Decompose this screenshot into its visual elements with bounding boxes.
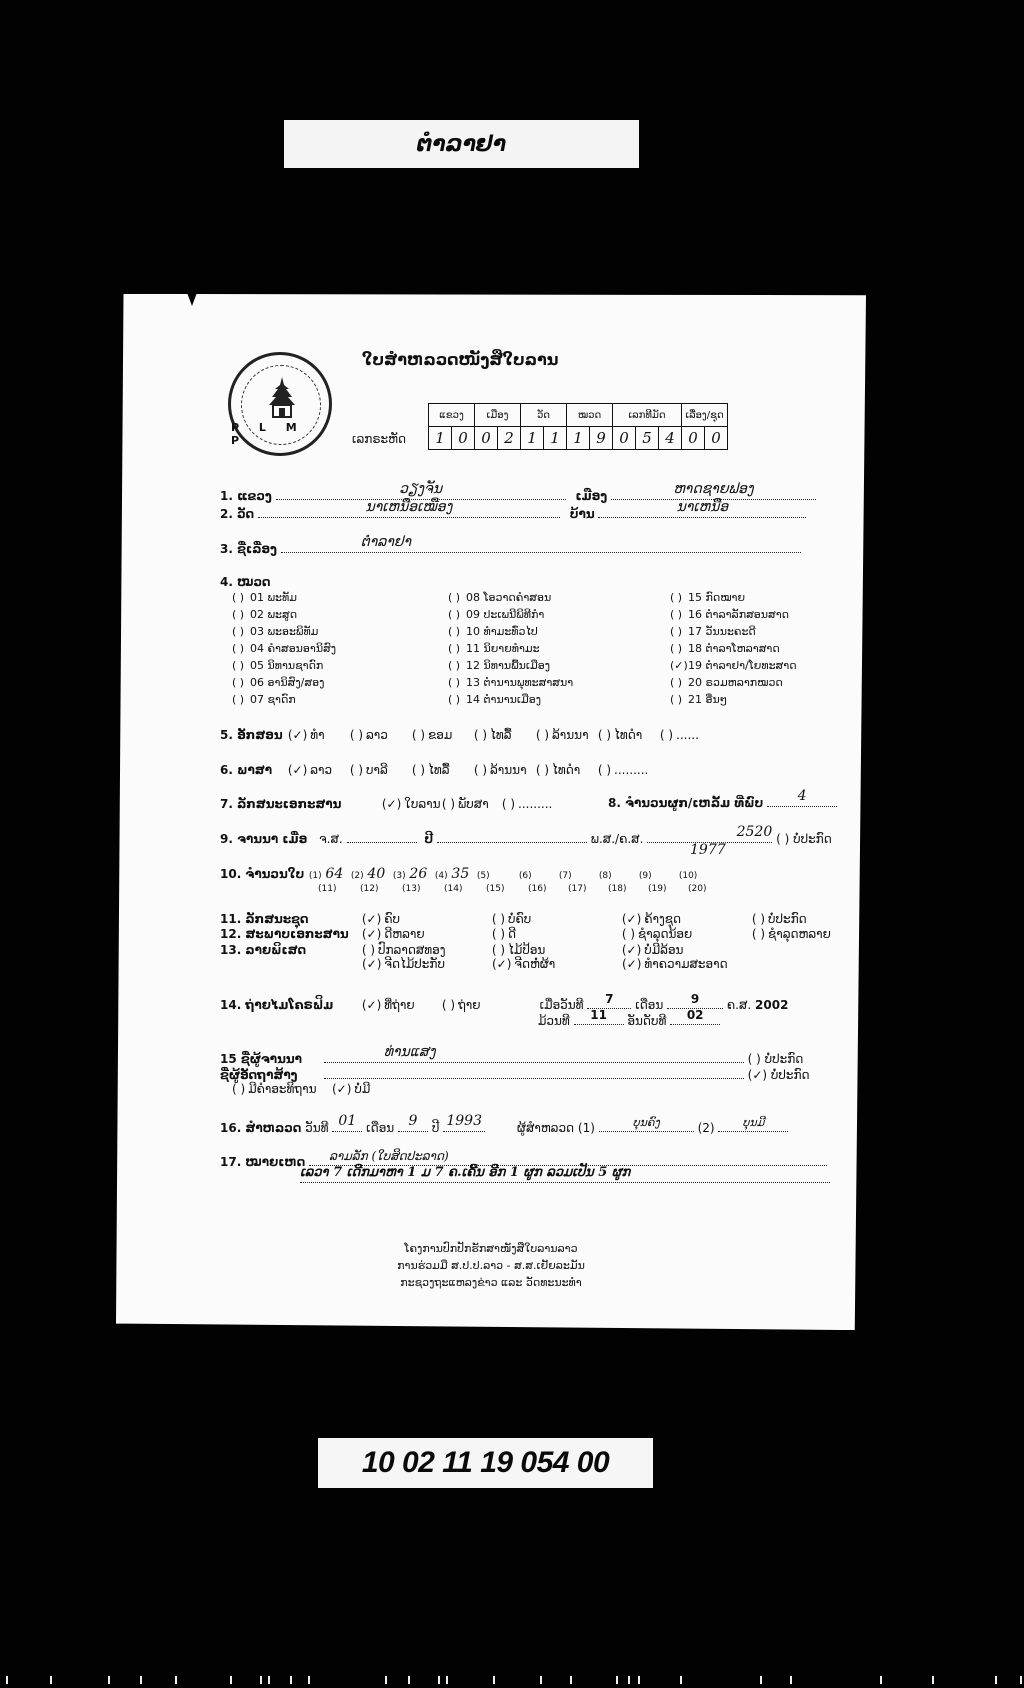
option-label: ໃບລານ — [404, 797, 440, 811]
option-label: ລາວ — [310, 763, 332, 777]
option-label: 17 ວັນນະຄະດີ — [688, 625, 756, 638]
checkbox[interactable]: ( ) — [362, 943, 375, 957]
option[interactable]: ( )ລາວ — [350, 728, 412, 742]
option[interactable]: ( )......... — [598, 763, 660, 777]
code-label: ເລກຣະຫັດ — [352, 432, 406, 446]
checkbox[interactable]: ( ) — [752, 912, 765, 926]
title-value: ຕຳລາຢາ — [281, 534, 801, 550]
field-scribe: 15 ຊື່ຜູ້ຈານນາ ທ່ານແສງ ( ) ບໍ່ປະກົດ — [220, 1050, 803, 1066]
code-digit: 0 — [613, 427, 636, 450]
category-option[interactable]: ( )10 ທຳມະທົ່ວໄປ — [448, 623, 573, 640]
field-bundles: 8. ຈຳນວນຜູກ/ເຫລັ້ມ ທີ່ພົບ 4 — [608, 794, 837, 810]
leaf-count-index: (16) — [528, 884, 568, 894]
code-digit: 1 — [567, 427, 590, 450]
option[interactable]: ( )ໄທດຳ — [536, 763, 598, 777]
category-option[interactable]: ( )18 ຕຳລາໂຫລາສາດ — [670, 640, 797, 657]
checkbox[interactable]: (✓) — [332, 1082, 351, 1096]
option[interactable]: ( )ດີ — [492, 927, 622, 941]
leaf-count-cell: (7) — [559, 866, 599, 882]
checkbox[interactable]: (✓) — [622, 943, 641, 957]
checkbox[interactable]: (✓) — [362, 927, 381, 941]
field-material: 7. ລັກສນະເອກະສານ (✓)ໃບລານ( )ພັບສາ( )....… — [220, 797, 562, 811]
field-language: 6. ພາສາ (✓)ລາວ( )ບາລີ( )ໄທລື້( )ລ້ານນາ( … — [220, 763, 660, 777]
checkbox[interactable]: ( ) — [670, 640, 688, 657]
field-written: 9. ຈານນາ ເມື່ອ ຈ.ສ. ປີ ພ.ສ./ຄ.ສ. 2520 ( … — [220, 830, 832, 846]
option-label: ລ້ານນາ — [552, 728, 589, 742]
field-completeness: 11. ລັກສນະຊຸດ (✓)ຄົບ( )ບໍ່ຄົບ(✓)ຄ້າງຊຸດ(… — [220, 912, 882, 926]
option[interactable]: ( )ໄທລື້ — [474, 728, 536, 742]
option[interactable]: ( )ໄທດຳ — [598, 728, 660, 742]
option-label: ຖ່າຍ — [458, 998, 480, 1012]
code-digit: 2 — [498, 427, 521, 450]
field-survey: 16. ສຳຫລວດ ວັນທີ 01 ເດືອນ 9 ປີ 1993 ຜູ້ສ… — [220, 1119, 788, 1135]
code-header: ເລື່ອງ/ຊຸດ — [682, 404, 728, 427]
option[interactable]: ( )ລ້ານນາ — [536, 728, 598, 742]
province-value: ວຽງຈັນ — [276, 481, 566, 497]
leaf-count-cell: (3) 26 — [393, 866, 435, 882]
option-label: ຊຳລຸດນ້ອຍ — [638, 927, 692, 941]
option[interactable]: ( )ບໍ່ຄົບ — [492, 912, 622, 926]
microfilm-code-label: 10 02 11 19 054 00 — [318, 1438, 653, 1488]
category-option[interactable]: ( )06 ອານິສົງ/ສອງ — [232, 674, 336, 691]
category-option[interactable]: ( )07 ຊາດົກ — [232, 691, 336, 708]
code-digit: 0 — [705, 427, 728, 450]
category-option[interactable]: ( )12 ນິທານພື້ນເມືອງ — [448, 657, 573, 674]
category-option[interactable]: ( )01 ພະທັມ — [232, 589, 336, 606]
option[interactable]: (✓)ຈີດໄມ້ປະກັບ — [362, 957, 492, 971]
checkbox[interactable]: ( ) — [232, 1082, 245, 1096]
checkbox[interactable]: ( ) — [232, 589, 250, 606]
option[interactable]: (✓)ທຳ — [288, 728, 350, 742]
option-label: 05 ນິທານຊາດົກ — [250, 659, 323, 672]
leaf-count-cell: (4) 35 — [435, 866, 477, 882]
category-option[interactable]: ( )15 ກົດໝາຍ — [670, 589, 797, 606]
form-footer: ໂຄງການປົກປັກຮັກສາໜັງສືໃບລານລາວ ການຮ່ວມມື… — [116, 1240, 866, 1291]
prayer-options: ( )ມີຄຳອະທິຖານ(✓)ບໍ່ມີ — [232, 1082, 432, 1096]
option[interactable]: ( )ຊຳລຸດນ້ອຍ — [622, 927, 752, 941]
checkbox[interactable]: (✓) — [382, 797, 401, 811]
option[interactable]: ( )ຊຳລຸດຫລາຍ — [752, 927, 882, 941]
checkbox[interactable]: ( ) — [502, 797, 515, 811]
option-label: ດີຫລາຍ — [384, 927, 424, 941]
checkbox[interactable]: (✓) — [362, 998, 381, 1012]
checkbox[interactable]: ( ) — [350, 763, 363, 777]
category-option[interactable]: (✓)19 ຕຳລາຢາ/ໂຍທະສາດ — [670, 657, 797, 674]
temple-seal-icon — [267, 377, 297, 419]
option[interactable]: ( )......... — [502, 797, 562, 811]
option[interactable]: (✓)ລາວ — [288, 763, 350, 777]
option[interactable]: ( )ບາລີ — [350, 763, 412, 777]
category-option[interactable]: ( )13 ຕຳນານພຸທະສາສນາ — [448, 674, 573, 691]
option-label: 20 ຣວມຫລາກໝວດ — [688, 676, 783, 689]
checkbox[interactable]: ( ) — [448, 691, 466, 708]
category-option[interactable]: ( )05 ນິທານຊາດົກ — [232, 657, 336, 674]
option-label: ຄົບ — [384, 912, 400, 926]
material-options: (✓)ໃບລານ( )ພັບສາ( )......... — [382, 797, 562, 811]
checkbox[interactable]: ( ) — [412, 728, 425, 742]
code-digit: 5 — [636, 427, 659, 450]
language-options: (✓)ລາວ( )ບາລີ( )ໄທລື້( )ລ້ານນາ( )ໄທດຳ( )… — [288, 763, 660, 777]
option-label: 08 ໂອວາດຄຳສອນ — [466, 591, 551, 604]
option-label: ຄ້າງຊຸດ — [644, 912, 681, 926]
option[interactable]: (✓)ດີຫລາຍ — [362, 927, 492, 941]
category-option[interactable]: ( )16 ຕຳລາລັກສອນສາດ — [670, 606, 797, 623]
field-condition: 12. ສະພາບເອກະສານ (✓)ດີຫລາຍ( )ດີ( )ຊຳລຸດນ… — [220, 927, 882, 941]
checkbox[interactable]: ( ) — [232, 657, 250, 674]
checkbox[interactable]: ( ) — [752, 927, 765, 941]
option-label: ທຳຄວາມສະອາດ — [644, 957, 727, 971]
category-option[interactable]: ( )11 ນິຍາຍທຳມະ — [448, 640, 573, 657]
option[interactable]: (✓)ບໍ່ມີລ້ອນ — [622, 943, 752, 957]
option-label: 15 ກົດໝາຍ — [688, 591, 745, 604]
checkbox[interactable]: (✓) — [492, 957, 511, 971]
leaf-count-cell: (5) — [477, 866, 519, 882]
script-options: (✓)ທຳ( )ລາວ( )ຂອມ( )ໄທລື້( )ລ້ານນາ( )ໄທດ… — [288, 728, 722, 742]
category-option[interactable]: ( )02 ພະສູດ — [232, 606, 336, 623]
option-label: ໄທລື້ — [490, 728, 512, 742]
option-label: 10 ທຳມະທົ່ວໄປ — [466, 625, 538, 638]
checkbox[interactable]: (✓) — [622, 957, 641, 971]
code-digit: 1 — [544, 427, 567, 450]
category-column: ( )15 ກົດໝາຍ( )16 ຕຳລາລັກສອນສາດ( )17 ວັນ… — [670, 589, 797, 708]
checkbox[interactable]: ( ) — [670, 674, 688, 691]
checkbox[interactable]: ( ) — [448, 640, 466, 657]
option-label: ບາລີ — [366, 763, 388, 777]
checkbox[interactable]: ( ) — [492, 912, 505, 926]
option-label: ທີ່ຖ່າຍ — [384, 998, 414, 1012]
code-table: ແຂວງ ເມືອງ ວັດ ໝວດ ເລກທີມັດ ເລື່ອງ/ຊຸດ 1… — [428, 403, 728, 450]
leaf-count-index: (18) — [608, 884, 648, 894]
field-temple: 2. ວັດ ນາເຫນືອເໝືອງ ບ້ານ ນາເຫນືອ — [220, 505, 806, 521]
checkbox[interactable]: (✓) — [622, 912, 641, 926]
header-label: ຕຳລາຢາ — [284, 120, 639, 168]
checkbox[interactable]: (✓) — [670, 657, 688, 674]
checkbox[interactable]: ( ) — [448, 589, 466, 606]
bundles-value: 4 — [767, 788, 837, 804]
checkbox[interactable]: ( ) — [448, 657, 466, 674]
checkbox[interactable]: (✓) — [362, 912, 381, 926]
option[interactable]: ( )ພັບສາ — [442, 797, 502, 811]
option-label: ຊຳລຸດຫລາຍ — [768, 927, 831, 941]
checkbox[interactable]: ( ) — [622, 927, 635, 941]
leaf-count-index: (12) — [360, 884, 402, 894]
be-year-value: 2520 — [647, 824, 772, 840]
checkbox[interactable]: ( ) — [492, 927, 505, 941]
option-label: ໄທລື້ — [428, 763, 450, 777]
checkbox[interactable]: ( ) — [670, 623, 688, 640]
checkbox[interactable]: ( ) — [350, 728, 363, 742]
option-label: 06 ອານິສົງ/ສອງ — [250, 676, 324, 689]
option[interactable]: ( )ລ້ານນາ — [474, 763, 536, 777]
option-label: ......... — [518, 797, 552, 811]
category-column: ( )08 ໂອວາດຄຳສອນ( )09 ປະເພນີພິທີກຳ( )10 … — [448, 589, 573, 708]
option-label: ໄທດຳ — [552, 763, 580, 777]
checkbox[interactable]: ( ) — [448, 623, 466, 640]
option[interactable]: (✓)ຈີດຫໍ່ຜ້າ — [492, 957, 622, 971]
field-leaves: 10. ຈຳນວນໃບ (1) 64(2) 40(3) 26(4) 35(5) … — [220, 866, 719, 882]
leaf-count-index: (15) — [486, 884, 528, 894]
film-edge-specks — [0, 1676, 1024, 1686]
option-label: ດີ — [508, 927, 516, 941]
checkbox[interactable]: ( ) — [492, 943, 505, 957]
option-label: ລາວ — [366, 728, 388, 742]
code-header: ໝວດ — [567, 404, 613, 427]
option[interactable]: ( )ໄມ້ປ້ອນ — [492, 943, 622, 957]
option-label: 12 ນິທານພື້ນເມືອງ — [466, 659, 550, 672]
category-option[interactable]: ( )21 ອື່ນໆ — [670, 691, 797, 708]
option[interactable]: (✓)ທີ່ຖ່າຍ — [362, 998, 442, 1012]
code-digit: 1 — [429, 427, 452, 450]
option[interactable]: ( )ໄທລື້ — [412, 763, 474, 777]
option[interactable]: (✓)ຄົບ — [362, 912, 492, 926]
checkbox[interactable]: ( ) — [232, 674, 250, 691]
option-label: ທຳ — [310, 728, 324, 742]
option-label: 13 ຕຳນານພຸທະສາສນາ — [466, 676, 573, 689]
leaf-count-cell: (6) — [519, 866, 559, 882]
option-label: ມີຄຳອະທິຖານ — [248, 1082, 316, 1096]
option[interactable]: ( )ມີຄຳອະທິຖານ — [232, 1082, 332, 1096]
field-decoration: 13. ລາຍພິເສດ ( )ປົກລາດສທອງ( )ໄມ້ປ້ອນ(✓)ບ… — [220, 943, 752, 971]
code-header: ແຂວງ — [429, 404, 475, 427]
category-option[interactable]: ( )08 ໂອວາດຄຳສອນ — [448, 589, 573, 606]
option-label: ພັບສາ — [458, 797, 489, 811]
leaf-count-cell: (8) — [599, 866, 639, 882]
option[interactable]: (✓)ຄ້າງຊຸດ — [622, 912, 752, 926]
option-label: ບໍ່ມີລ້ອນ — [644, 943, 683, 957]
option[interactable]: (✓)ໃບລານ — [382, 797, 442, 811]
checkbox[interactable]: ( ) — [448, 674, 466, 691]
checkbox[interactable]: (✓) — [288, 763, 307, 777]
option[interactable]: ( )ຖ່າຍ — [442, 998, 522, 1012]
leaf-count-cell: (1) 64 — [309, 866, 351, 882]
category-label: 4. ໝວດ — [220, 575, 270, 589]
leaf-count-cell: (9) — [639, 866, 679, 882]
temple-value: ນາເຫນືອເໝືອງ — [258, 499, 560, 515]
option-label: ຂອມ — [428, 728, 452, 742]
code-header: ເມືອງ — [475, 404, 521, 427]
village-value: ນາເຫນືອ — [598, 499, 806, 515]
option-label: ປົກລາດສທອງ — [378, 943, 446, 957]
checkbox[interactable]: ( ) — [670, 691, 688, 708]
option-label: 09 ປະເພນີພິທີກຳ — [466, 608, 544, 621]
checkbox[interactable]: ( ) — [448, 606, 466, 623]
district-value: ຫາດຊາຍຟອງ — [611, 481, 816, 497]
leaf-count-index: (14) — [444, 884, 486, 894]
option-label: ໄມ້ປ້ອນ — [508, 943, 545, 957]
checkbox[interactable]: ( ) — [474, 728, 487, 742]
category-option[interactable]: ( )14 ຕຳນານເມືອງ — [448, 691, 573, 708]
option-label: 19 ຕຳລາຢາ/ໂຍທະສາດ — [688, 659, 797, 672]
option-label: 03 ພະອະພິທັມ — [250, 625, 318, 638]
option-label: 02 ພະສູດ — [250, 608, 297, 621]
scribe-value: ທ່ານແສງ — [324, 1044, 744, 1060]
checkbox[interactable]: (✓) — [362, 957, 381, 971]
option-label: 18 ຕຳລາໂຫລາສາດ — [688, 642, 780, 655]
leaf-count-cell: (2) 40 — [351, 866, 393, 882]
option-label: ບໍ່ຄົບ — [508, 912, 531, 926]
code-digit: 9 — [590, 427, 613, 450]
option-label: 21 ອື່ນໆ — [688, 693, 727, 706]
code-digit: 0 — [452, 427, 475, 450]
form-title: ໃບສຳຫລວດໜັງສືໃບລານ — [362, 350, 558, 369]
checkbox[interactable]: ( ) — [412, 763, 425, 777]
option-label: 16 ຕຳລາລັກສອນສາດ — [688, 608, 789, 621]
checkbox[interactable]: ( ) — [232, 623, 250, 640]
code-digit: 0 — [475, 427, 498, 450]
option-label: 01 ພະທັມ — [250, 591, 297, 604]
leaves-row2: (11)(12)(13)(14)(15)(16)(17)(18)(19)(20) — [318, 884, 728, 894]
leaf-count-index: (17) — [568, 884, 608, 894]
leaf-count-index: (19) — [648, 884, 688, 894]
option-label: ບໍ່ປະກົດ — [768, 912, 807, 926]
code-header: ວັດ — [521, 404, 567, 427]
field-roll: ມ້ວນທີ 11 ອັນດັບທີ 02 — [538, 1012, 720, 1028]
checkbox[interactable]: ( ) — [232, 606, 250, 623]
code-digit: 1 — [521, 427, 544, 450]
option-label: ...... — [676, 728, 699, 742]
option[interactable]: ( )ຂອມ — [412, 728, 474, 742]
leaf-count-index: (11) — [318, 884, 360, 894]
leaf-count-cell: (10) — [679, 866, 719, 882]
category-option[interactable]: ( )09 ປະເພນີພິທີກຳ — [448, 606, 573, 623]
category-option[interactable]: ( )04 ຄຳສອນອານິສົງ — [232, 640, 336, 657]
checkbox[interactable]: ( ) — [232, 640, 250, 657]
checkbox[interactable]: ( ) — [232, 691, 250, 708]
category-option[interactable]: ( )03 ພະອະພິທັມ — [232, 623, 336, 640]
option[interactable]: ( )ບໍ່ປະກົດ — [752, 912, 882, 926]
checkbox[interactable]: (✓) — [288, 728, 307, 742]
option[interactable]: (✓)ທຳຄວາມສະອາດ — [622, 957, 752, 971]
checkbox[interactable]: ( ) — [598, 763, 611, 777]
checkbox[interactable]: ( ) — [442, 998, 455, 1012]
option-label: ໄທດຳ — [614, 728, 642, 742]
category-option[interactable]: ( )17 ວັນນະຄະດີ — [670, 623, 797, 640]
category-column: ( )01 ພະທັມ( )02 ພະສູດ( )03 ພະອະພິທັມ( )… — [232, 589, 336, 708]
field-sponsor: ຊື່ຜູ້ອັດຖາສ້າງ (✓) ບໍ່ປະກົດ — [220, 1066, 810, 1082]
checkbox[interactable]: ( ) — [536, 728, 549, 742]
code-digit: 4 — [659, 427, 682, 450]
leaf-count-index: (13) — [402, 884, 444, 894]
option-label: ບໍ່ມີ — [354, 1082, 370, 1096]
checkbox[interactable]: ( ) — [670, 606, 688, 623]
checkbox[interactable]: ( ) — [474, 763, 487, 777]
code-digit: 0 — [682, 427, 705, 450]
option-label: 11 ນິຍາຍທຳມະ — [466, 642, 540, 655]
checkbox[interactable]: ( ) — [536, 763, 549, 777]
option-label: ......... — [614, 763, 648, 777]
code-header: ເລກທີມັດ — [613, 404, 682, 427]
option[interactable]: ( )ປົກລາດສທອງ — [362, 943, 492, 957]
checkbox[interactable]: ( ) — [660, 728, 673, 742]
field-script: 5. ອັກສອນ (✓)ທຳ( )ລາວ( )ຂອມ( )ໄທລື້( )ລ້… — [220, 728, 722, 742]
option-label: ຈີດຫໍ່ຜ້າ — [514, 957, 555, 971]
option-label: ຈີດໄມ້ປະກັບ — [384, 957, 445, 971]
plmp-seal: P L M P — [228, 352, 332, 456]
option[interactable]: ( )...... — [660, 728, 722, 742]
option-label: ລ້ານນາ — [490, 763, 527, 777]
option-label: 14 ຕຳນານເມືອງ — [466, 693, 541, 706]
checkbox[interactable]: ( ) — [598, 728, 611, 742]
option-label: 04 ຄຳສອນອານິສົງ — [250, 642, 336, 655]
option-label: 07 ຊາດົກ — [250, 693, 296, 706]
category-option[interactable]: ( )20 ຣວມຫລາກໝວດ — [670, 674, 797, 691]
leaf-count-index: (20) — [688, 884, 728, 894]
field-notes-line2: ເລວາ 7 ເດີກມາຫາ 1 ມ 7 ຄ.ເຄີ້ນ ອີກ 1 ຜູກ … — [300, 1170, 830, 1186]
checkbox[interactable]: ( ) — [442, 797, 455, 811]
ce-year-value: 1977 — [690, 842, 726, 858]
punch-notch — [186, 290, 198, 306]
option[interactable]: (✓)ບໍ່ມີ — [332, 1082, 432, 1096]
field-title: 3. ຊື່ເລື່ອງ ຕຳລາຢາ — [220, 540, 801, 556]
checkbox[interactable]: ( ) — [670, 589, 688, 606]
